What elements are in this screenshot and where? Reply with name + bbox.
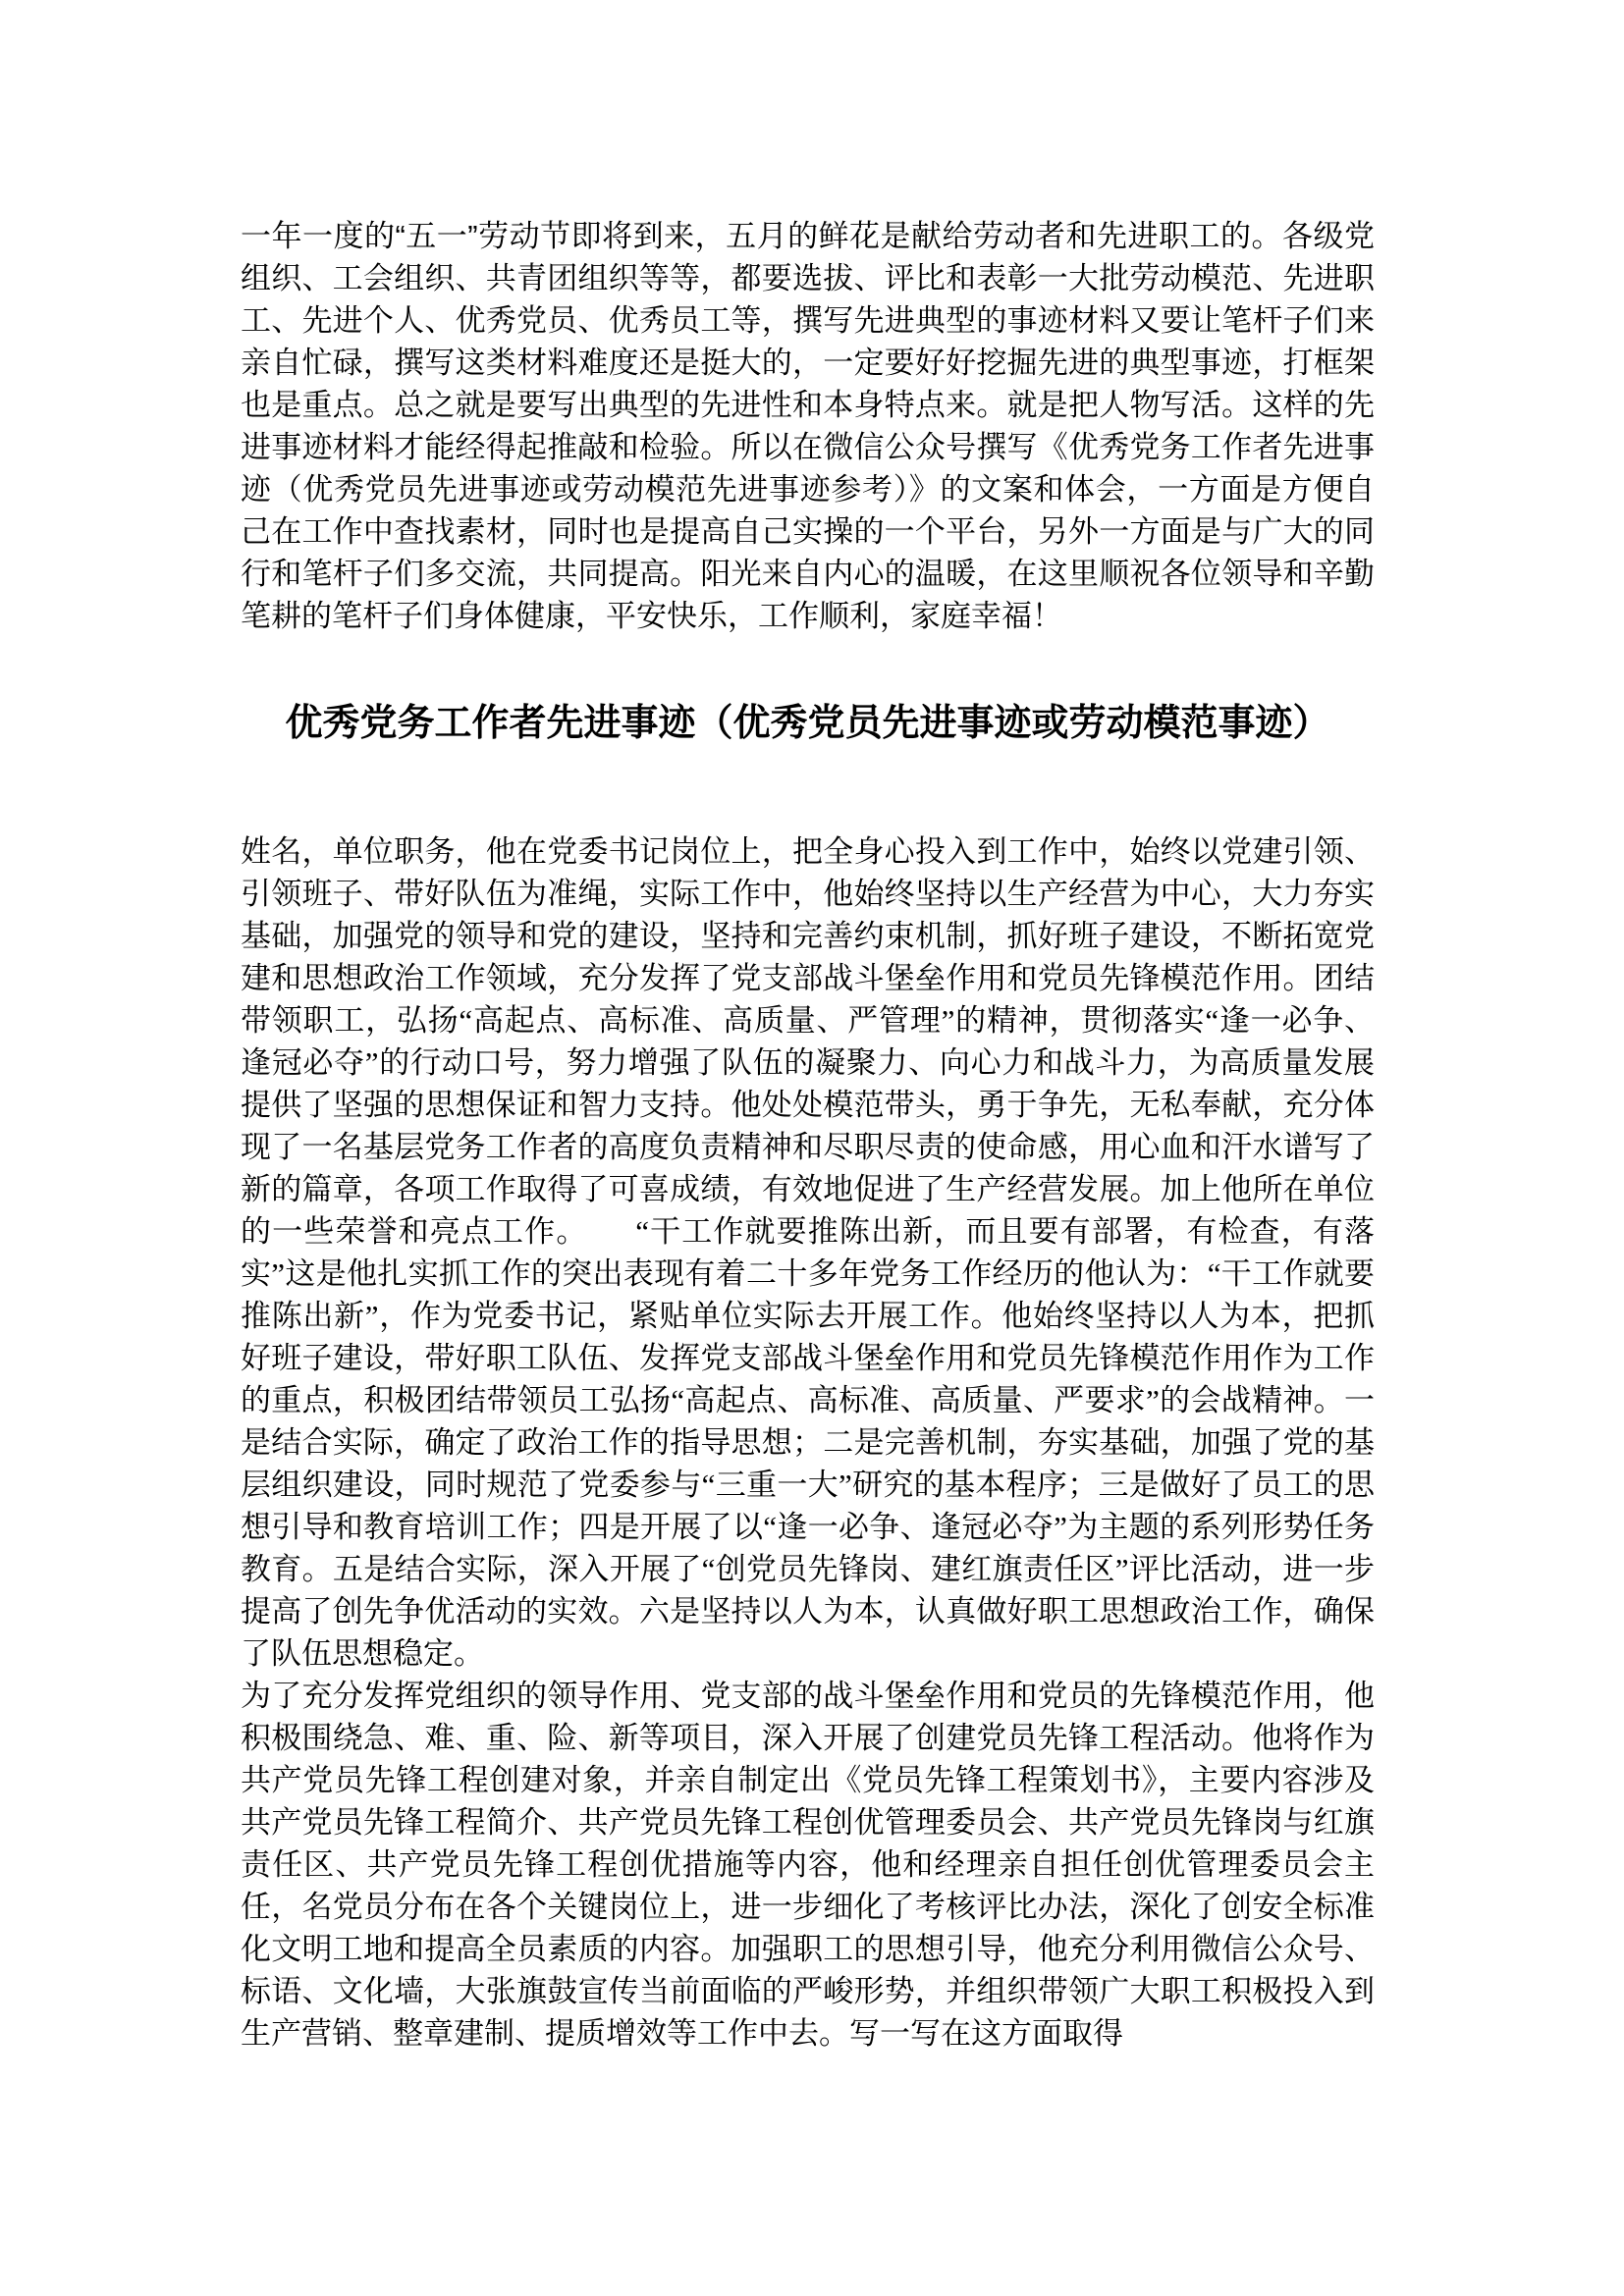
document-title: 优秀党务工作者先进事迹（优秀党员先进事迹或劳动模范事迹） — [241, 700, 1375, 747]
intro-paragraph: 一年一度的“五一”劳动节即将到来，五月的鲜花是献给劳动者和先进职工的。各级党组织… — [241, 215, 1375, 637]
document-page: 一年一度的“五一”劳动节即将到来，五月的鲜花是献给劳动者和先进职工的。各级党组织… — [0, 0, 1624, 2296]
document-body: 姓名，单位职务，他在党委书记岗位上，把全身心投入到工作中，始终以党建引领、引领班… — [241, 830, 1375, 2055]
body-paragraph-2: 为了充分发挥党组织的领导作用、党支部的战斗堡垒作用和党员的先锋模范作用，他积极围… — [241, 1675, 1375, 2055]
body-paragraph-1: 姓名，单位职务，他在党委书记岗位上，把全身心投入到工作中，始终以党建引领、引领班… — [241, 830, 1375, 1675]
